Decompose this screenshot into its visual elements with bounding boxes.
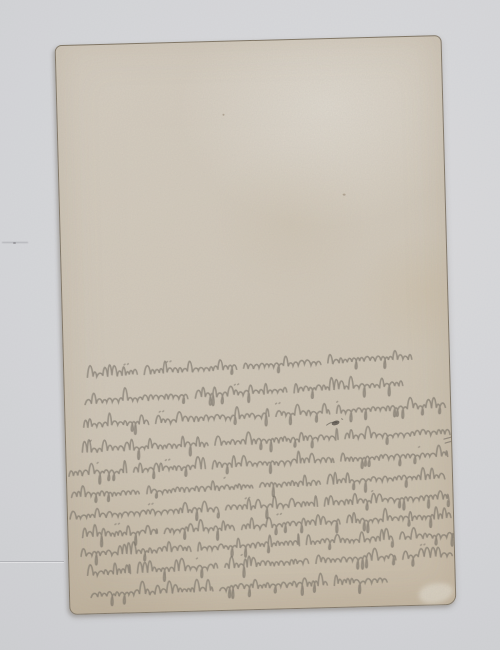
surface-scratch: [0, 561, 64, 562]
diacritic-dots: [90, 440, 91, 441]
handwriting-layer: [56, 36, 456, 614]
diacritic-dots: [224, 477, 225, 478]
photograph-background: [0, 0, 500, 650]
postcard-back: [55, 35, 457, 615]
surface-speck: [13, 242, 16, 244]
